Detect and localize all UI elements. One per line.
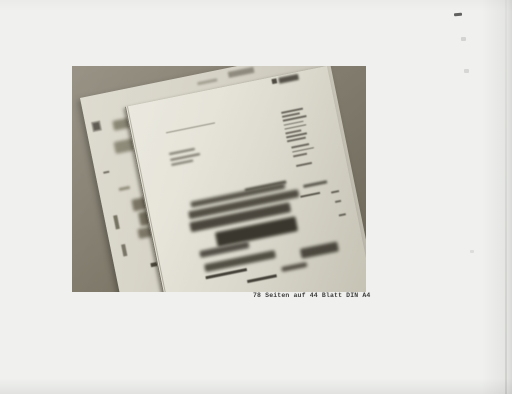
photo-caption: 78 Seiten auf 44 Blatt DIN A4 [253, 292, 370, 299]
vertical-edge-text [121, 244, 127, 256]
bank-logo-icon [271, 78, 277, 84]
scan-edge-shadow [505, 0, 507, 394]
letterhead-text-faint [197, 78, 217, 85]
franking-stamp-square [91, 120, 102, 132]
info-line [293, 153, 307, 157]
paper-sheet-front [125, 66, 366, 292]
scan-speck [464, 69, 469, 73]
fold-mark [103, 171, 109, 174]
info-line [292, 147, 314, 153]
info-line [296, 162, 312, 167]
blurred-text-block [300, 241, 339, 258]
margin-dash [339, 213, 346, 216]
subject-line [303, 180, 327, 188]
address-line [171, 160, 193, 167]
signature-underline [247, 274, 277, 283]
bank-logo-smudge [278, 74, 299, 84]
info-line [287, 137, 306, 142]
scan-speck [461, 37, 466, 41]
blurred-text-block [119, 186, 130, 191]
vertical-edge-text [113, 215, 119, 229]
date-line [300, 192, 320, 198]
photo-documents [72, 66, 366, 292]
sender-line [166, 122, 215, 133]
blurred-text-block [281, 262, 307, 272]
scan-speck [470, 250, 474, 253]
letterhead-smudge-back [228, 67, 255, 78]
margin-dash [335, 200, 341, 203]
scan-page: 78 Seiten auf 44 Blatt DIN A4 [0, 0, 512, 394]
margin-dash [331, 190, 339, 194]
scan-speck-dash [454, 13, 462, 16]
